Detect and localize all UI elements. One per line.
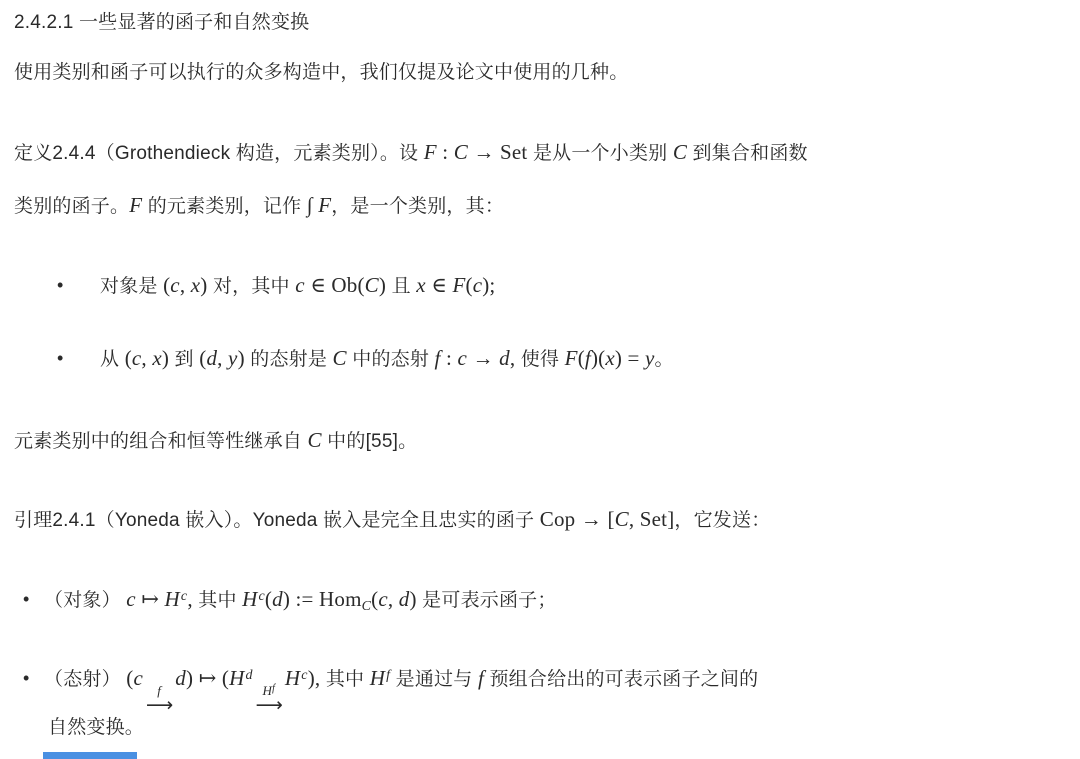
math-roman: ∈ Ob( [305, 273, 365, 297]
text-run: 自然变换。 [48, 717, 144, 738]
math-roman: ( [125, 346, 132, 370]
text-run: 类别的函子。 [14, 196, 129, 217]
math-superscript: Hc [165, 587, 188, 611]
math-roman: ( [578, 346, 585, 370]
math-superscript: Hc [285, 666, 308, 690]
math-variable: x [191, 273, 201, 297]
text-run: 对象是 [100, 276, 163, 297]
math-roman: ) [379, 273, 386, 297]
math-variable: c [126, 587, 136, 611]
text-run: 的态射是 [245, 349, 333, 370]
math-roman: , [388, 587, 399, 611]
bullet-marker: • [57, 343, 63, 373]
text-run: 从 [100, 349, 125, 370]
math-superscript: Hc [242, 587, 265, 611]
math-variable: c [133, 666, 143, 690]
math-roman: → [467, 346, 499, 370]
text-run: 其中 [320, 669, 369, 690]
math-superscript: Hd [229, 666, 253, 690]
bullet-marker: • [57, 270, 63, 300]
inheritance-paragraph: 元素类别中的组合和恒等性继承自 C 中的[55]。 [14, 425, 417, 457]
lemma-2-4-1-paragraph: 引理2.4.1（Yoneda 嵌入）。Yoneda 嵌入是完全且忠实的函子 Co… [14, 504, 770, 536]
math-variable: F [424, 140, 437, 164]
math-roman: ∫ [307, 193, 318, 217]
math-roman: → Set [468, 140, 528, 164]
math-variable: d [499, 346, 510, 370]
text-run: ，是一个类别，其： [331, 196, 504, 217]
math-variable: c [170, 273, 180, 297]
math-variable: y [645, 346, 655, 370]
math-variable: c [378, 587, 388, 611]
math-roman: )( [591, 346, 605, 370]
math-roman: , [180, 273, 191, 297]
text-run: 使用类别和函子可以执行的众多构造中，我们仅提及论文中使用的几种。 [14, 62, 628, 83]
yoneda-objects-bullet: （对象） c ↦ Hc, 其中 Hc(d) := HomC(c, d) 是可表示… [44, 584, 557, 616]
math-variable: c [458, 346, 468, 370]
document-page: { "page": { "background": "#ffffff", "te… [0, 0, 1080, 759]
text-run: 是可表示函子； [417, 590, 557, 611]
math-roman: ) [238, 346, 245, 370]
math-roman: ) := [283, 587, 319, 611]
math-roman: ); [482, 273, 495, 297]
math-roman: , [217, 346, 228, 370]
text-run: ，它发送： [674, 510, 770, 531]
intro-paragraph: 使用类别和函子可以执行的众多构造中，我们仅提及论文中使用的几种。 [14, 58, 628, 88]
math-variable: x [605, 346, 615, 370]
math-roman: Cop → [ [540, 507, 615, 531]
text-run: 到集合和函数 [687, 143, 808, 164]
bullet-marker: • [23, 663, 29, 693]
math-variable: F [318, 193, 331, 217]
math-roman: , Set] [629, 507, 675, 531]
text-run: 元素类别中的组合和恒等性继承自 [14, 431, 307, 452]
math-roman: ∈ [426, 273, 453, 297]
text-run: 预组合给出的可表示函子之间的 [484, 669, 758, 690]
text-run: （态射） [44, 669, 126, 690]
text-run: 定义2.4.4（Grothendieck 构造，元素类别）。设 [14, 143, 424, 164]
math-variable: C [454, 140, 468, 164]
bottom-blue-bar [43, 752, 137, 759]
document-lines: 2.4.2.1 一些显著的函子和自然变换使用类别和函子可以执行的众多构造中，我们… [0, 0, 1080, 759]
long-right-arrow-icon: ⟶ [146, 698, 172, 712]
text-run: （对象） [44, 590, 126, 611]
math-roman: ), [308, 666, 321, 690]
math-roman: : [437, 140, 454, 164]
math-roman: ↦ [136, 587, 165, 611]
text-run: 使得 [515, 349, 564, 370]
long-right-arrow-icon: ⟶ [256, 698, 282, 712]
math-roman: , [141, 346, 152, 370]
text-run: 2.4.2.1 一些显著的函子和自然变换 [14, 12, 309, 33]
text-run: 的元素类别，记作 [142, 196, 307, 217]
yoneda-morphisms-bullet-line2: 自然变换。 [48, 713, 144, 743]
math-variable: d [206, 346, 217, 370]
elements-objects-bullet: 对象是 (c, x) 对，其中 c ∈ Ob(C) 且 x ∈ F(c); [100, 270, 495, 302]
bullet-marker: • [23, 584, 29, 614]
math-variable: d [175, 666, 186, 690]
math-roman: : [441, 346, 458, 370]
math-variable: C [333, 346, 347, 370]
math-variable: C [307, 428, 321, 452]
text-run: 是从一个小类别 [527, 143, 672, 164]
math-variable: c [132, 346, 142, 370]
math-roman: ) [162, 346, 169, 370]
math-roman: ) [410, 587, 417, 611]
text-run: 引理2.4.1（Yoneda 嵌入）。Yoneda 嵌入是完全且忠实的函子 [14, 510, 540, 531]
math-variable: x [152, 346, 162, 370]
math-variable: F [129, 193, 142, 217]
math-variable: F [565, 346, 578, 370]
text-run: 。 [655, 349, 674, 370]
elements-morphisms-bullet: 从 (c, x) 到 (d, y) 的态射是 C 中的态射 f : c → d,… [100, 343, 674, 375]
math-variable: c [473, 273, 483, 297]
math-variable: c [295, 273, 305, 297]
text-run: 是通过与 [390, 669, 478, 690]
text-run: 中的[55]。 [322, 431, 418, 452]
math-variable: d [399, 587, 410, 611]
text-run: 且 [386, 276, 416, 297]
labeled-arrow: f⟶ [146, 684, 172, 712]
math-subscript: HomC [319, 587, 371, 611]
math-variable: d [272, 587, 283, 611]
math-superscript: Hf [370, 666, 390, 690]
math-roman: ( [465, 273, 472, 297]
text-run: 对，其中 [207, 276, 295, 297]
yoneda-morphisms-bullet-line1: （态射） (cf⟶d) ↦ (HdHf⟶Hc), 其中 Hf 是通过与 f 预组… [44, 663, 758, 712]
labeled-arrow: Hf⟶ [256, 684, 282, 712]
math-roman: ) = [615, 346, 645, 370]
text-run: 到 [169, 349, 199, 370]
math-variable: y [228, 346, 238, 370]
math-roman: ) ↦ ( [186, 666, 229, 690]
definition-2-4-4-line2: 类别的函子。F 的元素类别，记作 ∫ F，是一个类别，其： [14, 190, 504, 222]
definition-2-4-4-line1: 定义2.4.4（Grothendieck 构造，元素类别）。设 F : C → … [14, 137, 808, 169]
math-variable: C [615, 507, 629, 531]
text-run: 中的态射 [347, 349, 435, 370]
math-variable: C [673, 140, 687, 164]
text-run: 其中 [193, 590, 242, 611]
math-variable: x [416, 273, 426, 297]
math-variable: F [452, 273, 465, 297]
section-heading: 2.4.2.1 一些显著的函子和自然变换 [14, 8, 309, 38]
math-variable: C [365, 273, 379, 297]
